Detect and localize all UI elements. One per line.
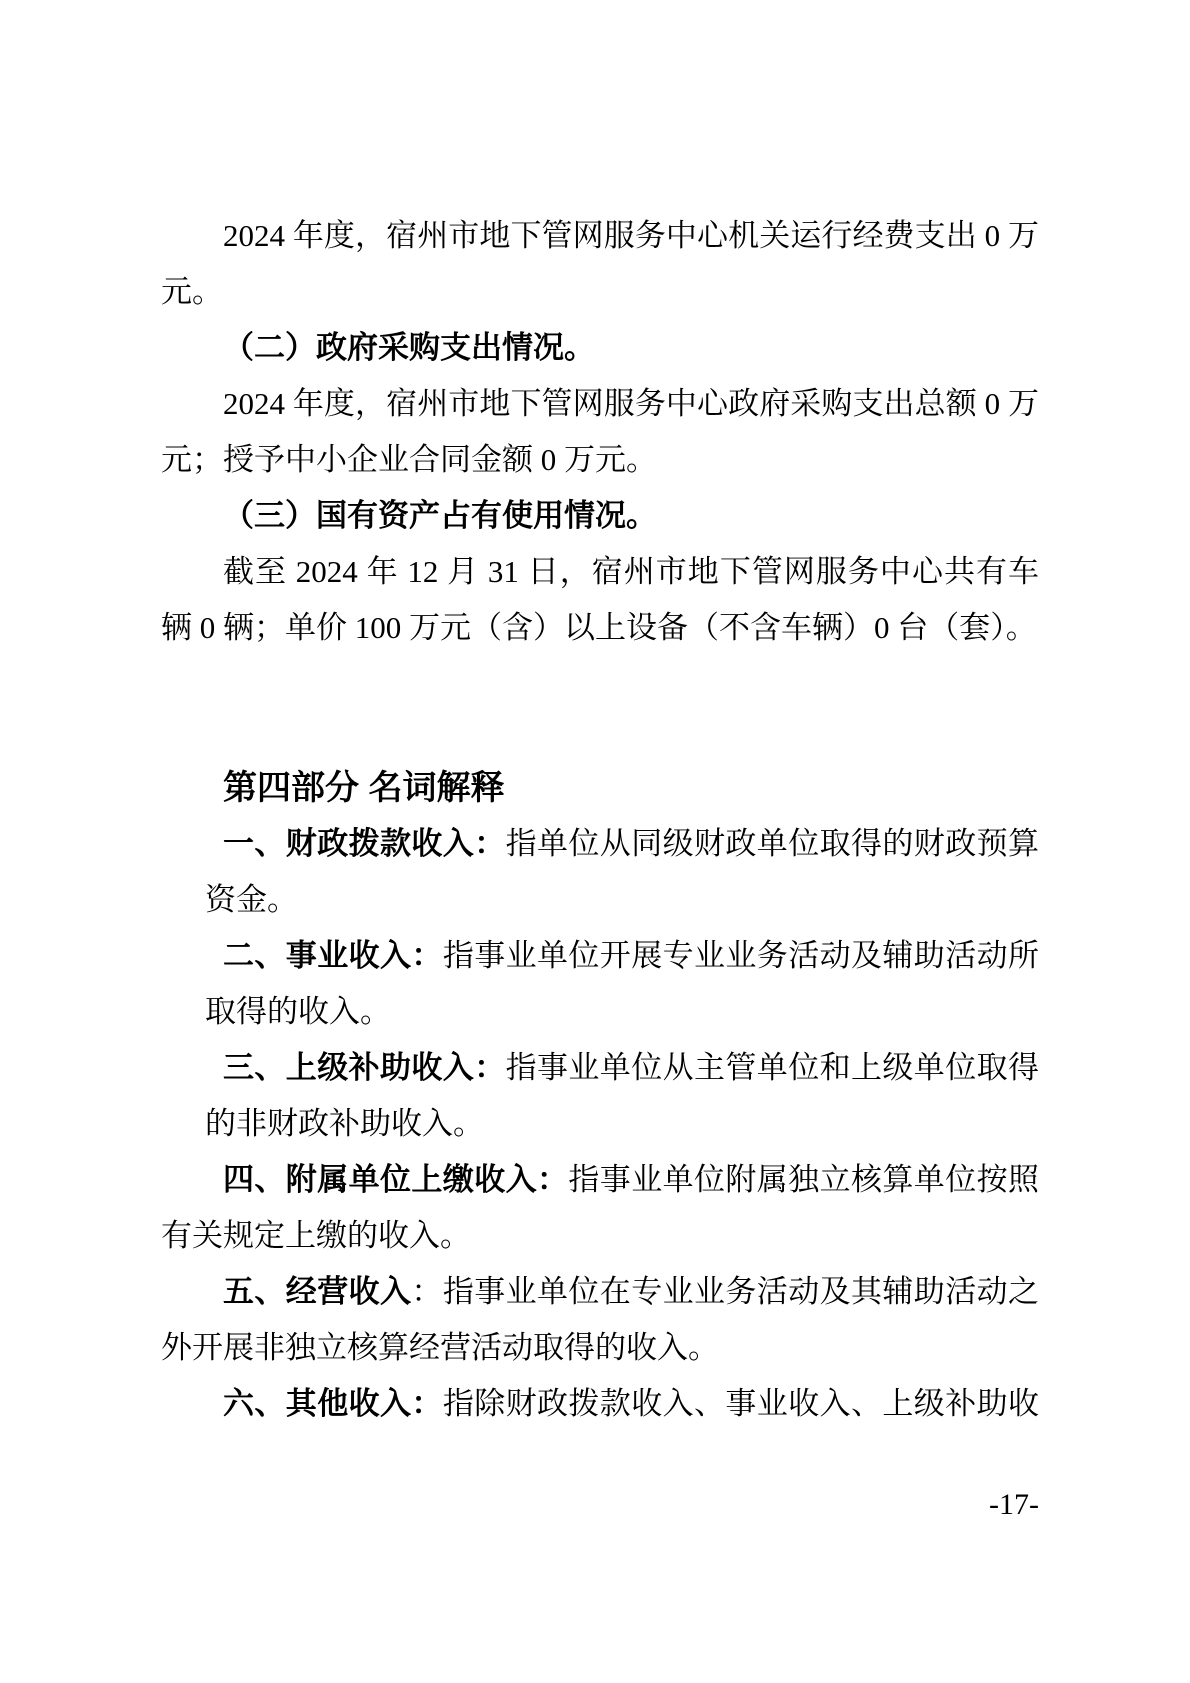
- term-business-income-line2: 取得的收入。: [205, 984, 1039, 1040]
- term-superior-subsidy-line2: 的非财政补助收入。: [205, 1096, 1039, 1152]
- page-number: -17-: [161, 1482, 1039, 1527]
- term-operating-income-label: 五、经营收入: [223, 1274, 411, 1309]
- term-other-income-label: 六、其他收入：: [223, 1386, 443, 1421]
- paragraph-procurement-line2: 元；授予中小企业合同金额 0 万元。: [161, 432, 1039, 488]
- term-other-income-line1: 六、其他收入：指除财政拨款收入、事业收入、上级补助收: [223, 1376, 1039, 1432]
- term-business-income-line1: 二、事业收入：指事业单位开展专业业务活动及辅助活动所: [223, 928, 1039, 984]
- paragraph-operating-expense-line1: 2024 年度，宿州市地下管网服务中心机关运行经费支出 0 万: [223, 208, 1039, 264]
- term-business-income-text: 指事业单位开展专业业务活动及辅助活动所: [443, 938, 1039, 973]
- term-affiliated-unit-line1: 四、附属单位上缴收入：指事业单位附属独立核算单位按照: [223, 1152, 1039, 1208]
- term-fiscal-appropriation-line1: 一、财政拨款收入：指单位从同级财政单位取得的财政预算: [223, 816, 1039, 872]
- term-business-income-label: 二、事业收入：: [223, 938, 443, 973]
- term-superior-subsidy-text: 指事业单位从主管单位和上级单位取得: [506, 1050, 1039, 1085]
- term-operating-income-colon: ：: [411, 1274, 442, 1309]
- paragraph-operating-expense-line2: 元。: [161, 264, 1039, 320]
- term-affiliated-unit-text: 指事业单位附属独立核算单位按照: [568, 1162, 1039, 1197]
- paragraph-state-assets-line1: 截至 2024 年 12 月 31 日，宿州市地下管网服务中心共有车: [223, 544, 1039, 600]
- term-operating-income-line2: 外开展非独立核算经营活动取得的收入。: [161, 1320, 1039, 1376]
- term-fiscal-appropriation-line2: 资金。: [205, 872, 1039, 928]
- paragraph-state-assets-line2: 辆 0 辆；单价 100 万元（含）以上设备（不含车辆）0 台（套）。: [161, 600, 1039, 656]
- heading-government-procurement: （二）政府采购支出情况。: [223, 320, 1039, 376]
- term-fiscal-appropriation-text: 指单位从同级财政单位取得的财政预算: [506, 826, 1039, 861]
- document-page: 2024 年度，宿州市地下管网服务中心机关运行经费支出 0 万 元。 （二）政府…: [0, 0, 1190, 1683]
- term-superior-subsidy-label: 三、上级补助收入：: [223, 1050, 506, 1085]
- paragraph-procurement-line1: 2024 年度，宿州市地下管网服务中心政府采购支出总额 0 万: [223, 376, 1039, 432]
- section-title-glossary: 第四部分 名词解释: [223, 760, 1039, 816]
- term-affiliated-unit-line2: 有关规定上缴的收入。: [161, 1208, 1039, 1264]
- term-superior-subsidy-line1: 三、上级补助收入：指事业单位从主管单位和上级单位取得: [223, 1040, 1039, 1096]
- term-operating-income-text: 指事业单位在专业业务活动及其辅助活动之: [443, 1274, 1039, 1309]
- document-body: 2024 年度，宿州市地下管网服务中心机关运行经费支出 0 万 元。 （二）政府…: [161, 208, 1039, 1432]
- heading-state-assets: （三）国有资产占有使用情况。: [223, 488, 1039, 544]
- term-other-income-text: 指除财政拨款收入、事业收入、上级补助收: [443, 1386, 1039, 1421]
- term-affiliated-unit-label: 四、附属单位上缴收入：: [223, 1162, 568, 1197]
- term-fiscal-appropriation-label: 一、财政拨款收入：: [223, 826, 506, 861]
- term-operating-income-line1: 五、经营收入：指事业单位在专业业务活动及其辅助活动之: [223, 1264, 1039, 1320]
